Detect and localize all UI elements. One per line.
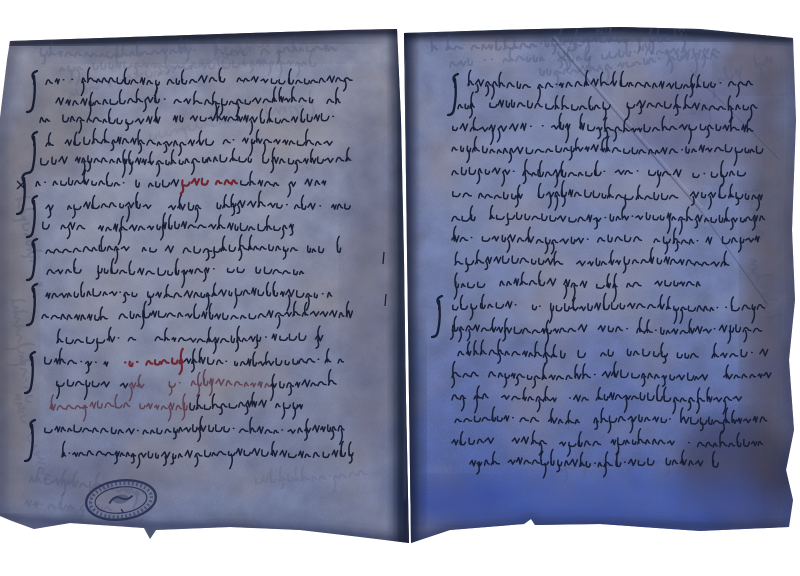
- manuscript-photo: [0, 0, 800, 576]
- manuscript-canvas: [0, 0, 800, 576]
